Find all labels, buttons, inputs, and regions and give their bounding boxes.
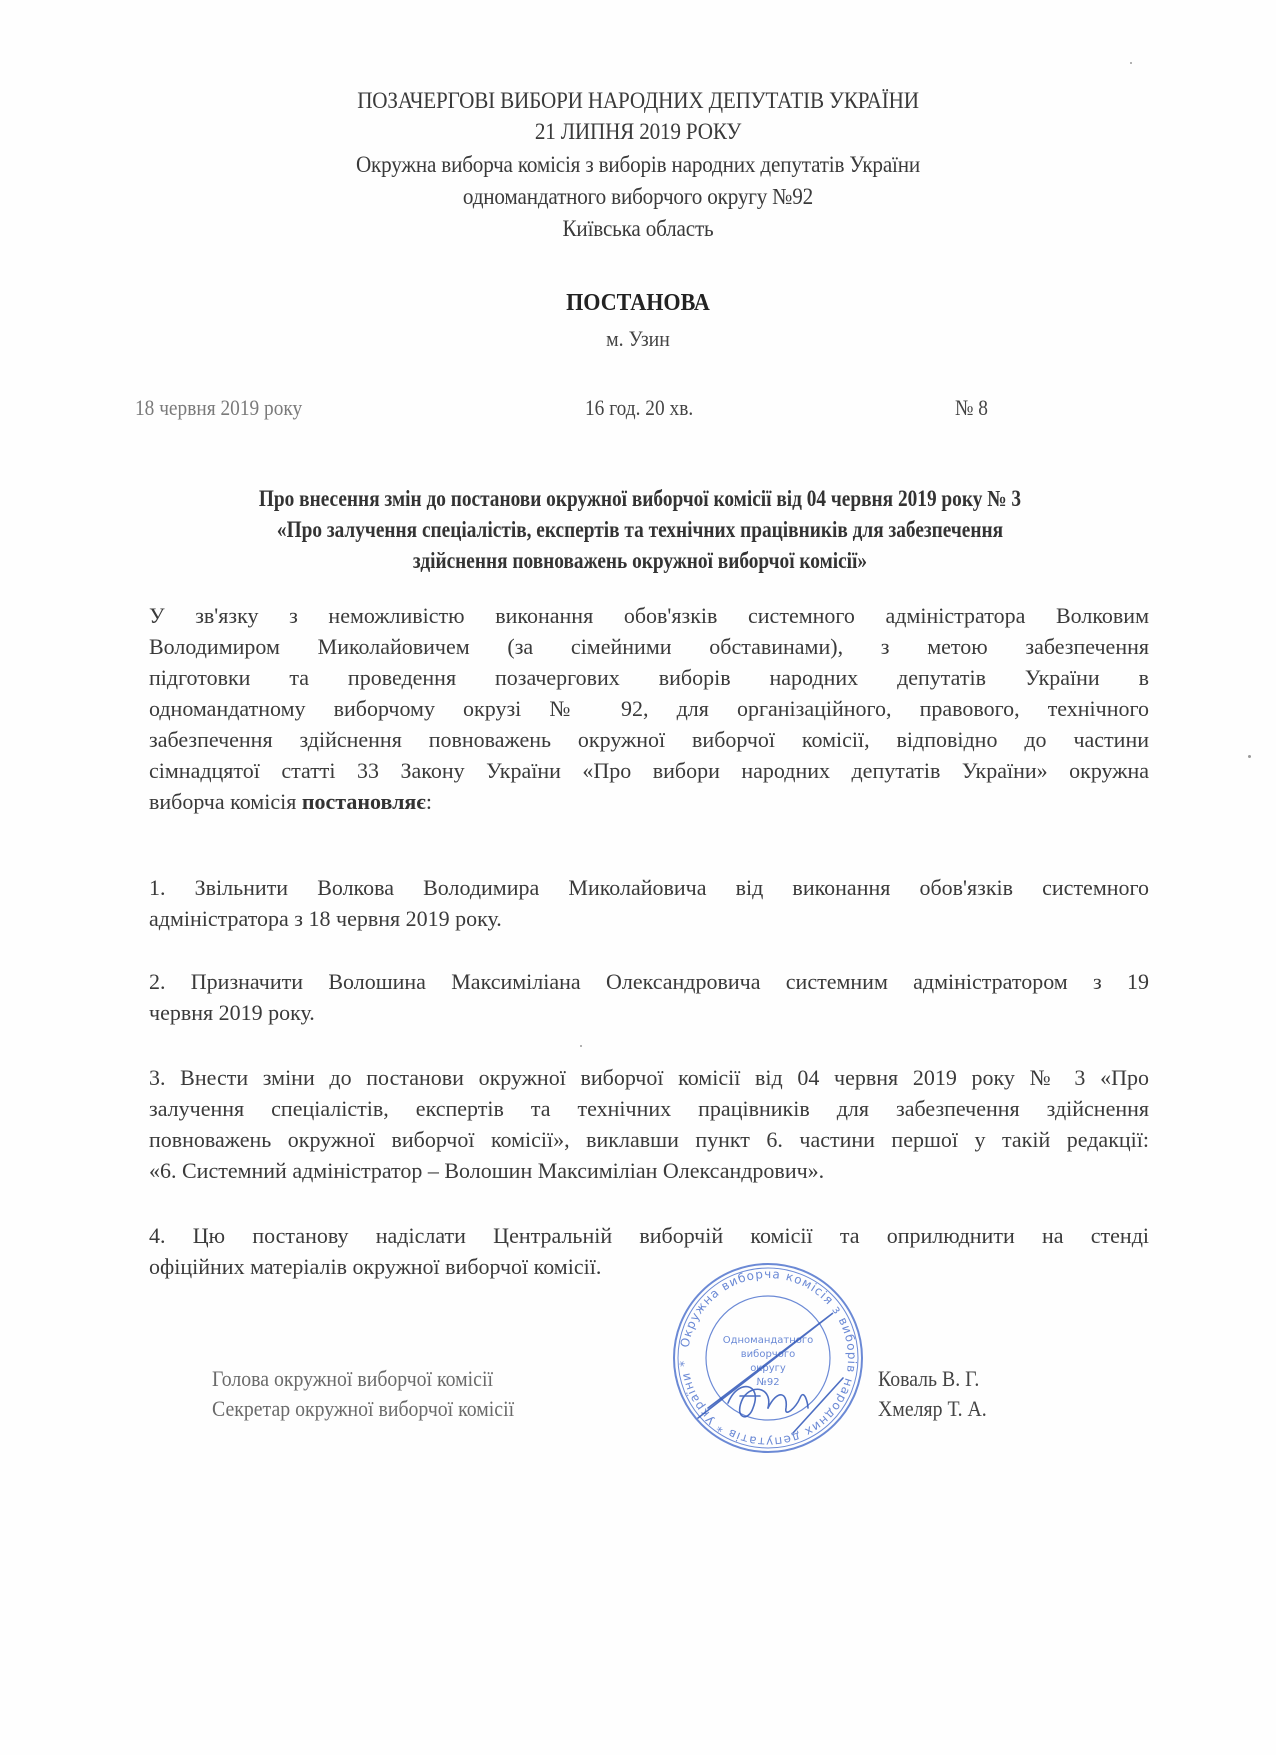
preamble-paragraph: У зв'язку з неможливістю виконання обов'… [149,600,1149,817]
item-line: залучення спеціалістів, експертів та тех… [149,1093,1149,1124]
item-line: «6. Системний адміністратор – Волошин Ма… [149,1155,1149,1186]
scan-speck [1248,755,1251,758]
secretary-name: Хмеляр Т. А. [878,1396,987,1422]
document-subject: Про внесення змін до постанови окружної … [140,483,1140,576]
document-place: м. Узин [64,326,1212,352]
subject-line-2: «Про залучення спеціалістів, експертів т… [220,514,1060,545]
preamble-last-prefix: виборча комісія [149,789,302,814]
document-date: 18 червня 2019 року [135,395,302,421]
preamble-line: одномандатному виборчому окрузі № 92, дл… [149,693,1149,724]
chair-role: Голова окружної виборчої комісії [212,1366,493,1392]
preamble-last-suffix: : [426,789,432,814]
item-line: червня 2019 року. [149,997,1149,1028]
document-time: 16 год. 20 хв. [585,395,693,421]
preamble-last-line: виборча комісія постановляє: [149,786,1149,817]
item-line: 1. Звільнити Волкова Володимира Миколайо… [149,872,1149,903]
scan-speck [580,1045,582,1047]
official-stamp-icon: Окружна виборча комісія з виборів народн… [668,1258,868,1458]
commission-name-line: Окружна виборча комісія з виборів народн… [51,152,1225,178]
subject-line-3: здійснення повноважень окружної виборчої… [220,545,1060,576]
preamble-line: підготовки та проведення позачергових ви… [149,662,1149,693]
svg-text:Одномандатного: Одномандатного [723,1335,814,1346]
item-line: 3. Внести зміни до постанови окружної ви… [149,1062,1149,1093]
resolves-keyword: постановляє [302,789,426,814]
scanned-document-page: ПОЗАЧЕРГОВІ ВИБОРИ НАРОДНИХ ДЕПУТАТІВ УК… [0,0,1276,1755]
svg-text:виборчого: виборчого [741,1349,795,1360]
district-line: одномандатного виборчого округу №92 [51,184,1225,210]
region-line: Київська область [51,216,1225,242]
item-line: адміністратора з 18 червня 2019 року. [149,903,1149,934]
document-number: № 8 [955,395,988,421]
document-type-title: ПОСТАНОВА [51,290,1225,317]
item-line: повноважень окружної виборчої комісії», … [149,1124,1149,1155]
preamble-line: Володимиром Миколайовичем (за сімейними … [149,631,1149,662]
chair-name: Коваль В. Г. [878,1366,979,1392]
item-line: 2. Призначити Волошина Максиміліана Олек… [149,966,1149,997]
election-header-line1: ПОЗАЧЕРГОВІ ВИБОРИ НАРОДНИХ ДЕПУТАТІВ УК… [51,88,1225,114]
secretary-role: Секретар окружної виборчої комісії [212,1396,514,1422]
subject-line-1: Про внесення змін до постанови окружної … [220,483,1060,514]
resolution-item-4: 4. Цю постанову надіслати Центральній ви… [149,1220,1149,1282]
election-date-line: 21 ЛИПНЯ 2019 РОКУ [51,119,1225,145]
resolution-item-2: 2. Призначити Волошина Максиміліана Олек… [149,966,1149,1028]
resolution-item-3: 3. Внести зміни до постанови окружної ви… [149,1062,1149,1186]
scan-speck [1130,62,1132,64]
item-line: 4. Цю постанову надіслати Центральній ви… [149,1220,1149,1251]
preamble-line: сімнадцятої статті 33 Закону України «Пр… [149,755,1149,786]
preamble-line: забезпечення здійснення повноважень окру… [149,724,1149,755]
svg-text:№92: №92 [756,1377,779,1388]
resolution-item-1: 1. Звільнити Волкова Володимира Миколайо… [149,872,1149,934]
preamble-line: У зв'язку з неможливістю виконання обов'… [149,600,1149,631]
item-line: офіційних матеріалів окружної виборчої к… [149,1251,1149,1282]
